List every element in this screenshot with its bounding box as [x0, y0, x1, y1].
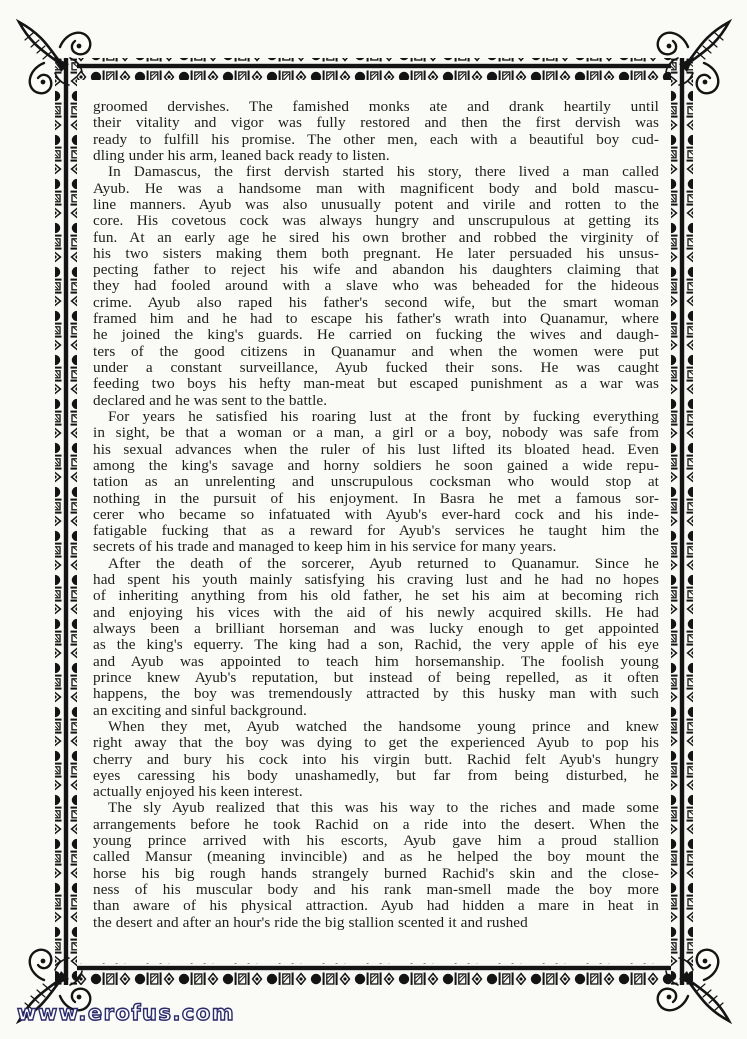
story-line: among the king's savage and horny soldie… [93, 458, 659, 474]
story-line: and enjoying his vices with the aid of h… [93, 605, 659, 621]
story-line: Ayub. He was a handsome man with magnifi… [93, 181, 659, 197]
story-line: After the death of the sorcerer, Ayub re… [93, 556, 659, 572]
story-line: declared and he was sent to the battle. [93, 393, 659, 409]
story-line: cherry and bury his cock into his virgin… [93, 752, 659, 768]
story-line: the desert and after an hour's ride the … [93, 915, 659, 931]
story-line: they had fooled around with a slave who … [93, 278, 659, 294]
watermark-url: www.erofus.com [17, 1001, 235, 1025]
story-line: arrangements before he took Rachid on a … [93, 817, 659, 833]
story-line: line manners. Ayub was also unusually po… [93, 197, 659, 213]
story-line: always been a brilliant horseman and was… [93, 621, 659, 637]
story-line: The sly Ayub realized that this was his … [93, 800, 659, 816]
story-line: horse his big rough hands strangely burn… [93, 866, 659, 882]
story-line: crime. Ayub also raped his father's seco… [93, 295, 659, 311]
story-line: feeding two boys his hefty man-meat but … [93, 376, 659, 392]
story-line: secrets of his trade and managed to keep… [93, 539, 659, 555]
border-band-left [55, 58, 77, 985]
story-line: fatigable fucking that as a reward for A… [93, 523, 659, 539]
story-line: fun. At an early age he sired his own br… [93, 230, 659, 246]
border-band-top [55, 58, 693, 80]
story-line: an exciting and sinful background. [93, 703, 659, 719]
corner-ornament-top-left-icon [19, 22, 90, 93]
story-text: groomed dervishes. The famished monks at… [93, 99, 659, 931]
story-line: In Damascus, the first dervish started h… [93, 164, 659, 180]
corner-ornament-top-right-icon [658, 22, 729, 93]
story-line: his two sisters making them both pregnan… [93, 246, 659, 262]
story-line: as the king's equerry. The king had a so… [93, 637, 659, 653]
story-line: actually enjoyed his keen interest. [93, 784, 659, 800]
story-line: nothing in the pursuit of his enjoyment.… [93, 491, 659, 507]
story-line: his sexual advances when the ruler of hi… [93, 442, 659, 458]
story-line: right away that the boy was dying to get… [93, 735, 659, 751]
story-line: and Ayub was appointed to teach him hors… [93, 654, 659, 670]
corner-ornament-bottom-right-icon [658, 950, 729, 1021]
story-line: prince knew Ayub's reputation, but inste… [93, 670, 659, 686]
border-band-bottom [55, 963, 693, 985]
story-line: framed him and he had to escape his fath… [93, 311, 659, 327]
story-line: pecting father to reject his wife and ab… [93, 262, 659, 278]
story-line: young prince arrived with his escorts, A… [93, 833, 659, 849]
story-line: had spent his youth mainly satisfying hi… [93, 572, 659, 588]
story-line: their vitality and vigor was fully resto… [93, 115, 659, 131]
story-line: called Mansur (meaning invincible) and a… [93, 849, 659, 865]
story-line: ness of his muscular body and his rank m… [93, 882, 659, 898]
story-line: of inheriting anything from his old fath… [93, 588, 659, 604]
story-line: When they met, Ayub watched the handsome… [93, 719, 659, 735]
story-line: core. His covetous cock was always hungr… [93, 213, 659, 229]
story-line: groomed dervishes. The famished monks at… [93, 99, 659, 115]
story-line: For years he satisfied his roaring lust … [93, 409, 659, 425]
story-line: under a constant surveillance, Ayub fuck… [93, 360, 659, 376]
story-line: in sight, be that a woman or a man, a gi… [93, 425, 659, 441]
story-line: cerer who became so infatuated with Ayub… [93, 507, 659, 523]
story-line: ters of the good citizens in Quanamur an… [93, 344, 659, 360]
story-line: eyes caressing his body unashamedly, but… [93, 768, 659, 784]
border-band-right [671, 58, 693, 985]
story-line: tation as an unrelenting and unscrupulou… [93, 474, 659, 490]
story-line: happens, the boy was tremendously attrac… [93, 686, 659, 702]
story-line: than aware of his physical attraction. A… [93, 898, 659, 914]
story-line: ready to fulfill his promise. The other … [93, 132, 659, 148]
story-line: he joined the king's guards. He carried … [93, 327, 659, 343]
story-line: dling under his arm, leaned back ready t… [93, 148, 659, 164]
